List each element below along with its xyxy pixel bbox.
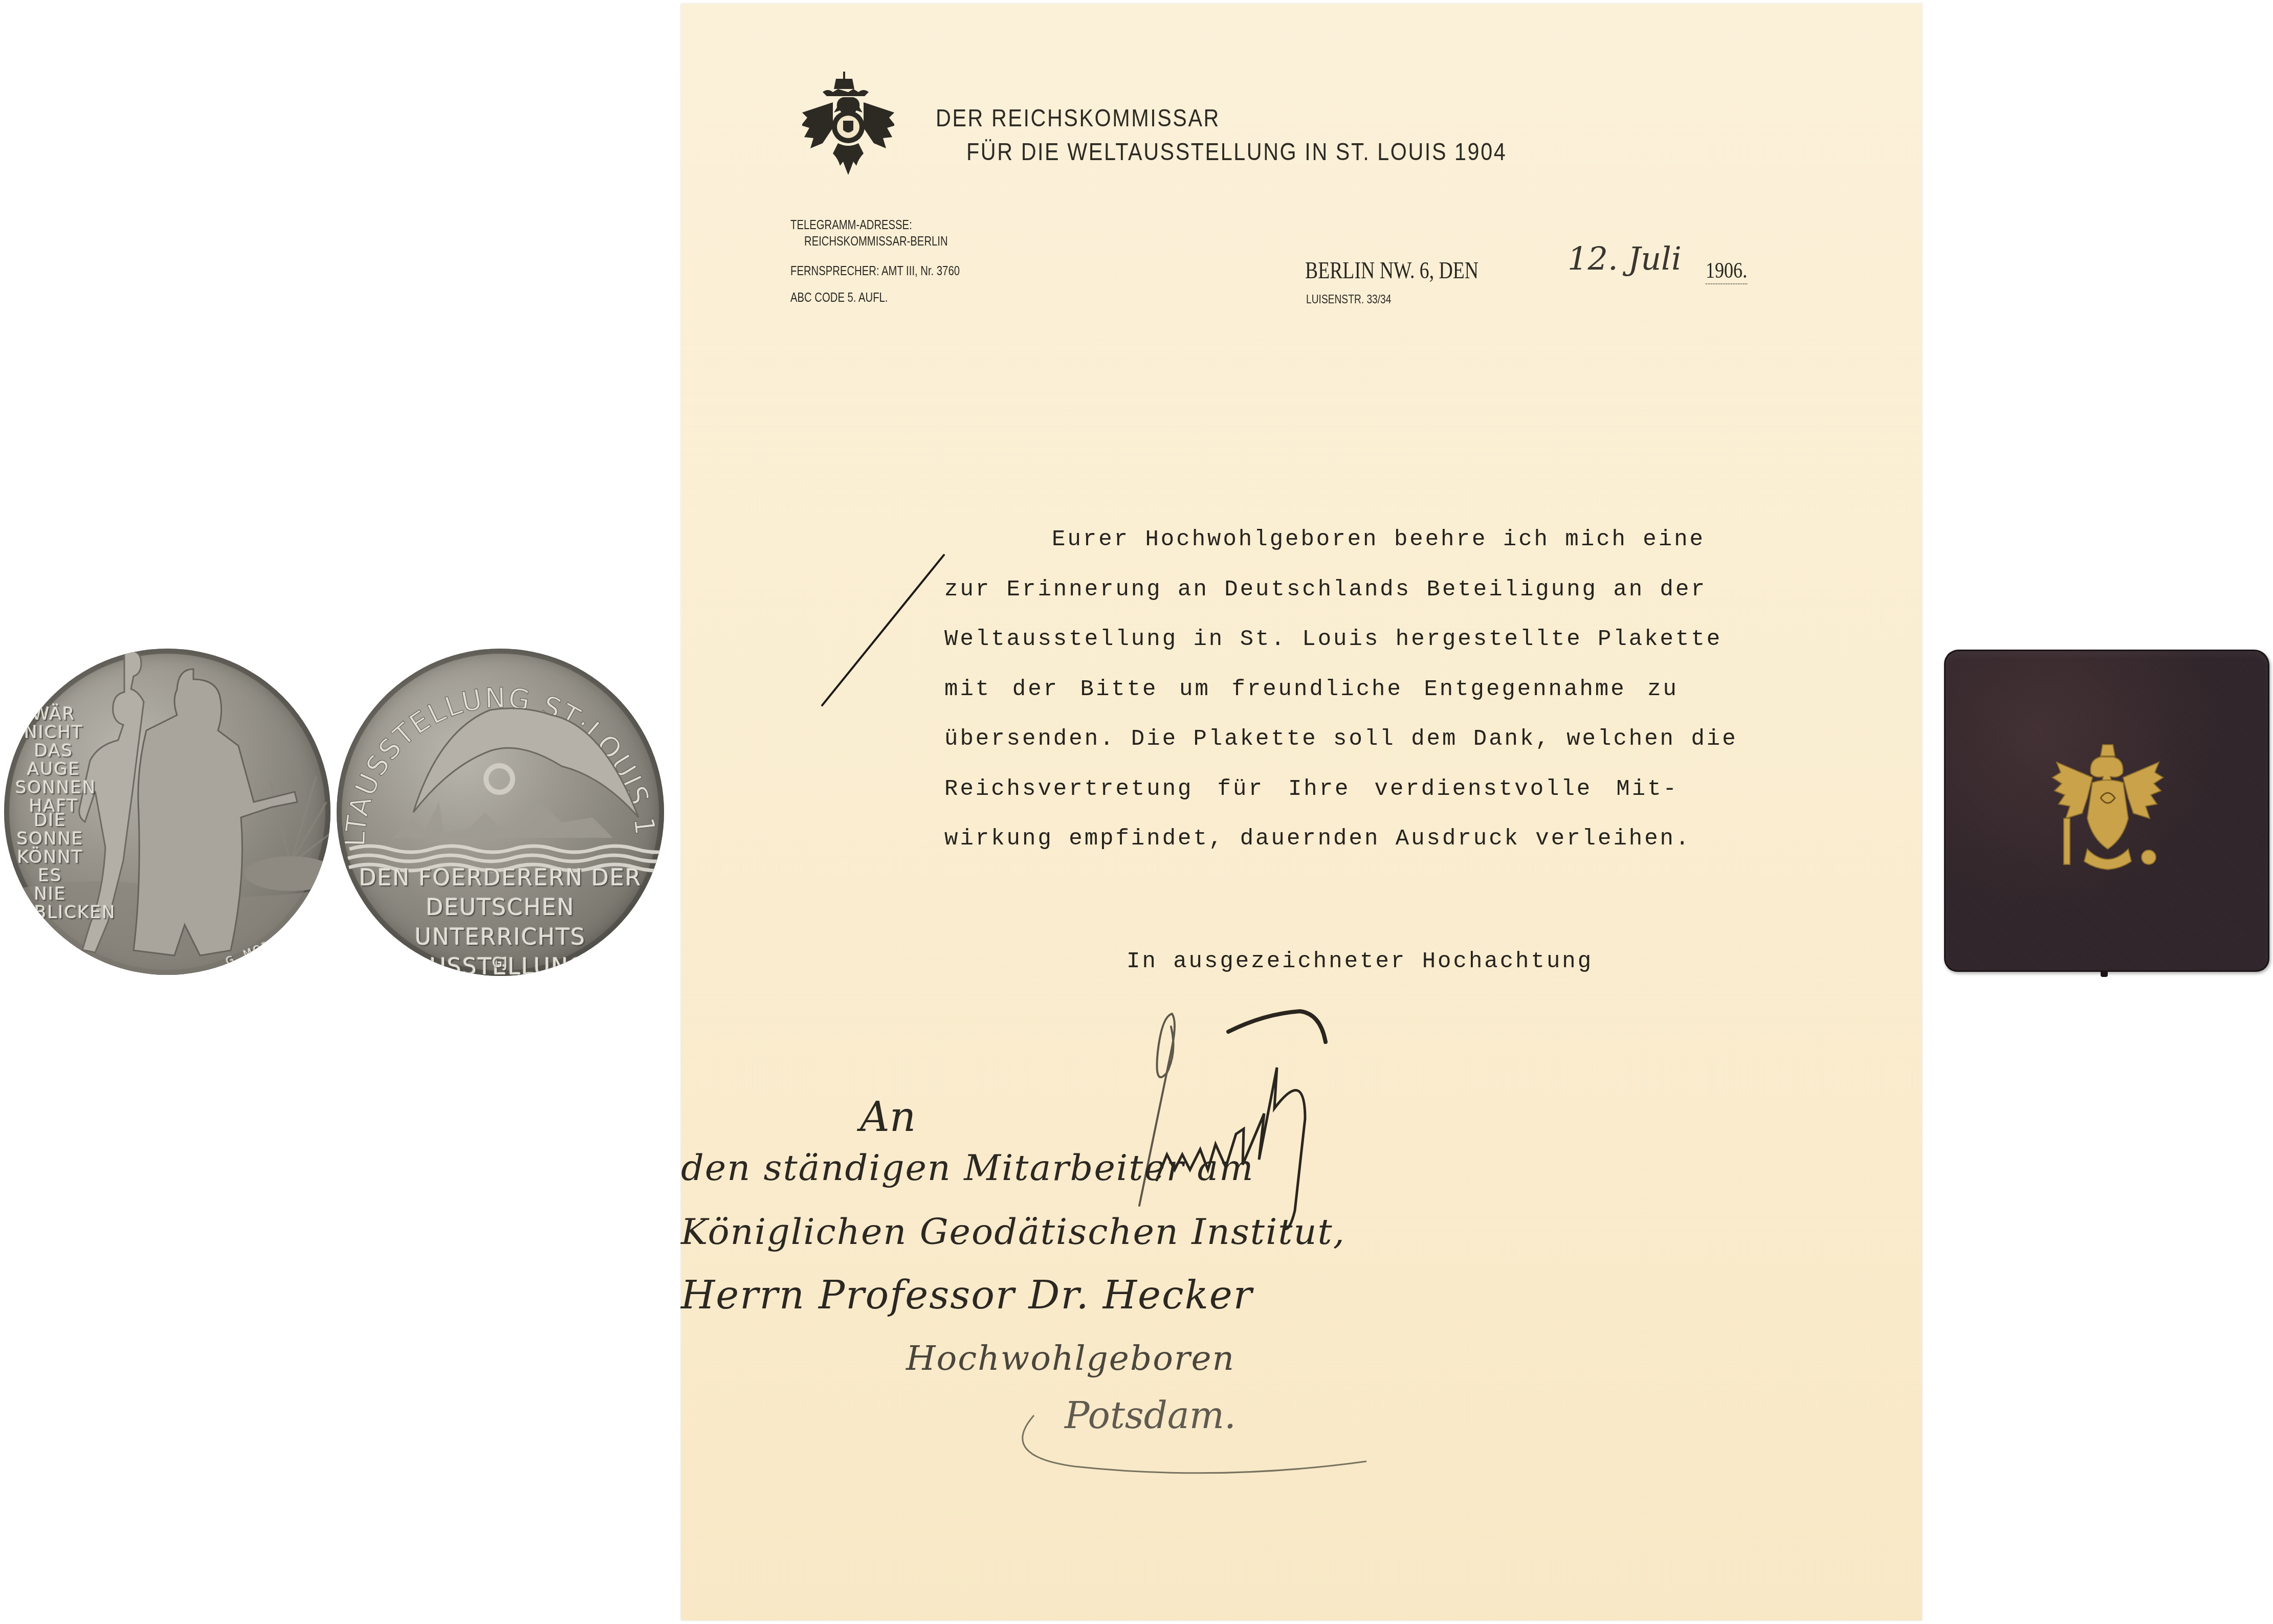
address-line-3: Herrn Professor Dr. Hecker xyxy=(681,1272,1253,1318)
margin-pen-stroke-icon xyxy=(817,551,950,709)
signature-icon xyxy=(1111,965,1397,1252)
motto-line: KÖNNT ES xyxy=(9,848,91,885)
dedication-line: DEN FOERDERERN DER xyxy=(357,863,644,893)
body-line: zur Erinnerung an Deutschlands Beteiligu… xyxy=(944,565,1679,615)
dateline-place: BERLIN NW. 6, DEN xyxy=(1305,257,1478,284)
motto-line: DAS xyxy=(15,742,92,760)
body-line: Eurer Hochwohlgeboren beehre ich mich ei… xyxy=(944,515,1679,565)
letterhead-title-line1: DER REICHSKOMMISSAR xyxy=(936,104,1220,132)
phone-number: FERNSPRECHER: AMT III, Nr. 3760 xyxy=(790,261,960,280)
presentation-case xyxy=(1944,650,2269,972)
case-clasp xyxy=(2101,971,2108,977)
address-line-4: Hochwohlgeboren xyxy=(906,1339,1235,1378)
imperial-eagle-icon xyxy=(802,72,894,180)
dateline-street: LUISENSTR. 33/34 xyxy=(1306,293,1391,307)
dateline-handwritten-date: 12. Juli xyxy=(1568,240,1682,277)
body-line: Reichsvertretung für Ihre verdienstvolle… xyxy=(944,765,1679,815)
medal-reverse: WELTAUSSTELLUNG ST·LOUIS 1904 DEN FOERDE… xyxy=(337,649,664,976)
letter-body: Eurer Hochwohlgeboren beehre ich mich ei… xyxy=(944,515,1679,864)
medal-motto-lower: DIE SONNE KÖNNT ES NIE ERBLICKEN xyxy=(9,811,91,922)
medal-obverse: WÄR NICHT DAS AUGE SONNEN HAFT DIE SONNE… xyxy=(4,649,330,975)
motto-line: NICHT xyxy=(15,723,92,742)
prussian-eagle-icon xyxy=(2051,742,2164,875)
letter-page: DER REICHSKOMMISSAR FÜR DIE WELTAUSSTELL… xyxy=(681,4,1922,1620)
motto-line: SONNEN xyxy=(15,778,92,797)
dateline-year: 1906. xyxy=(1706,257,1747,284)
motto-line: ERBLICKEN xyxy=(9,903,91,922)
telegram-address-value: REICHSKOMMISSAR-BERLIN xyxy=(804,232,948,250)
motto-line: AUGE xyxy=(15,760,92,778)
maker-mark: GJ xyxy=(488,955,513,971)
address-line-2: Königlichen Geodätischen Institut, xyxy=(681,1211,1345,1253)
body-line: wirkung empfindet, dauernden Ausdruck ve… xyxy=(944,814,1679,864)
telegram-address-label: TELEGRAMM-ADRESSE: xyxy=(790,215,912,234)
address-salutation: An xyxy=(860,1093,916,1141)
address-line-5: Potsdam. xyxy=(1065,1394,1236,1437)
body-line: übersenden. Die Plakette soll dem Dank, … xyxy=(944,715,1679,765)
telegraph-code: ABC CODE 5. AUFL. xyxy=(790,288,888,306)
letterhead-title-line2: FÜR DIE WELTAUSSTELLUNG IN ST. LOUIS 190… xyxy=(966,138,1507,166)
medal-motto-upper: WÄR NICHT DAS AUGE SONNEN HAFT xyxy=(15,705,92,815)
body-line: mit der Bitte um freundliche Entgegennah… xyxy=(944,665,1679,715)
motto-line: DIE SONNE xyxy=(9,811,91,848)
motto-line: NIE xyxy=(9,885,91,903)
dedication-line: DEUTSCHEN UNTERRICHTS xyxy=(357,893,644,952)
address-line-1: den ständigen Mitarbeiter am xyxy=(681,1147,1254,1189)
body-line: Weltausstellung in St. Louis hergestellt… xyxy=(944,615,1679,665)
motto-line: WÄR xyxy=(15,705,92,723)
